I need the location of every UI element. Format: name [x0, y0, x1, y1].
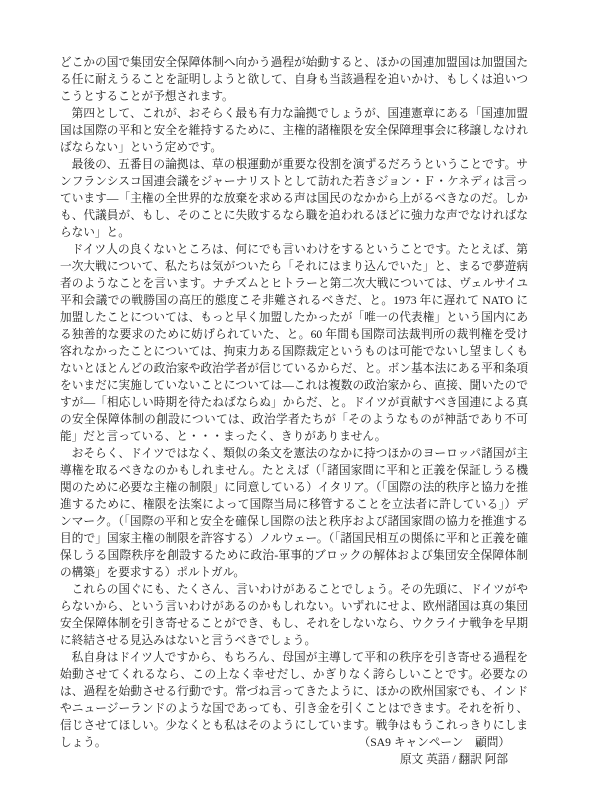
- document-text-block: どこかの国で集団安全保障体制へ向かう過程が始動すると、ほかの国連加盟国は加盟国た…: [60, 54, 528, 768]
- translation-credit: 原文 英語 / 翻訳 阿部: [60, 751, 528, 768]
- paragraph-european-states-conclusion: これらの国ぐにも、たくさん、言いわけがあることでしょう。その先頭に、ドイツがやら…: [60, 581, 528, 649]
- paragraph-german-excuses: ドイツ人の良くないところは、何にでも言いわけをするということです。たとえば、第一…: [60, 241, 528, 445]
- document-page: どこかの国で集団安全保障体制へ向かう過程が始動すると、ほかの国連加盟国は加盟国た…: [0, 0, 595, 793]
- paragraph-other-european-constitutions: おそらく、ドイツではなく、類似の条文を憲法のなかに持つほかのヨーロッパ諸国が主導…: [60, 445, 528, 581]
- paragraph-collective-security-process: どこかの国で集団安全保障体制へ向かう過程が始動すると、ほかの国連加盟国は加盟国た…: [60, 54, 528, 105]
- campaign-advisor-attribution: （SA9 キャンペーン 顧問）: [60, 734, 528, 751]
- paragraph-fifth-argument-grassroots-kennedy: 最後の、五番目の論拠は、草の根運動が重要な役割を演ずるだろうということです。サン…: [60, 156, 528, 241]
- paragraph-fourth-argument-un-charter: 第四として、これが、おそらく最も有力な論拠でしょうが、国連憲章にある「国連加盟国…: [60, 105, 528, 156]
